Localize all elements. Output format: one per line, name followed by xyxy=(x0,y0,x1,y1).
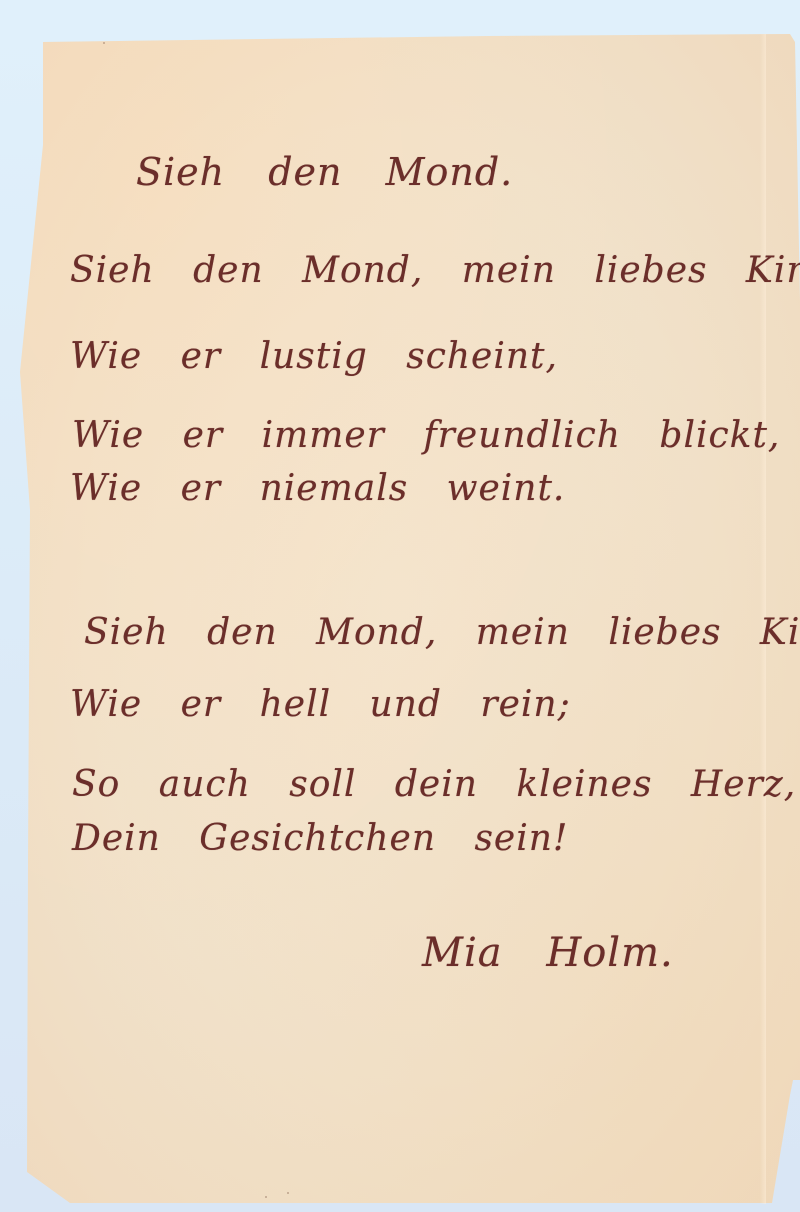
poem-title: Sieh den Mond. xyxy=(136,150,513,194)
stanza-2-line-2: Wie er hell und rein; xyxy=(70,684,571,725)
stanza-1-line-3: Wie er immer freundlich blickt, xyxy=(72,415,780,456)
stanza-1-line-1: Sieh den Mond, mein liebes Kind, xyxy=(70,250,800,291)
stanza-1-line-4: Wie er niemals weint. xyxy=(70,468,565,509)
paper-speck xyxy=(287,1192,289,1194)
stanza-2-line-1: Sieh den Mond, mein liebes Kind, xyxy=(84,612,800,653)
paper-speck xyxy=(250,628,252,630)
author-signature: Mia Holm. xyxy=(422,930,674,976)
manuscript: Sieh den Mond. Sieh den Mond, mein liebe… xyxy=(0,0,800,1212)
paper-speck xyxy=(103,42,105,44)
stanza-2-line-4: Dein Gesichtchen sein! xyxy=(72,818,568,859)
stanza-2-line-3: So auch soll dein kleines Herz, xyxy=(72,764,796,805)
stanza-1-line-2: Wie er lustig scheint, xyxy=(70,336,558,377)
paper-speck xyxy=(265,1196,267,1198)
